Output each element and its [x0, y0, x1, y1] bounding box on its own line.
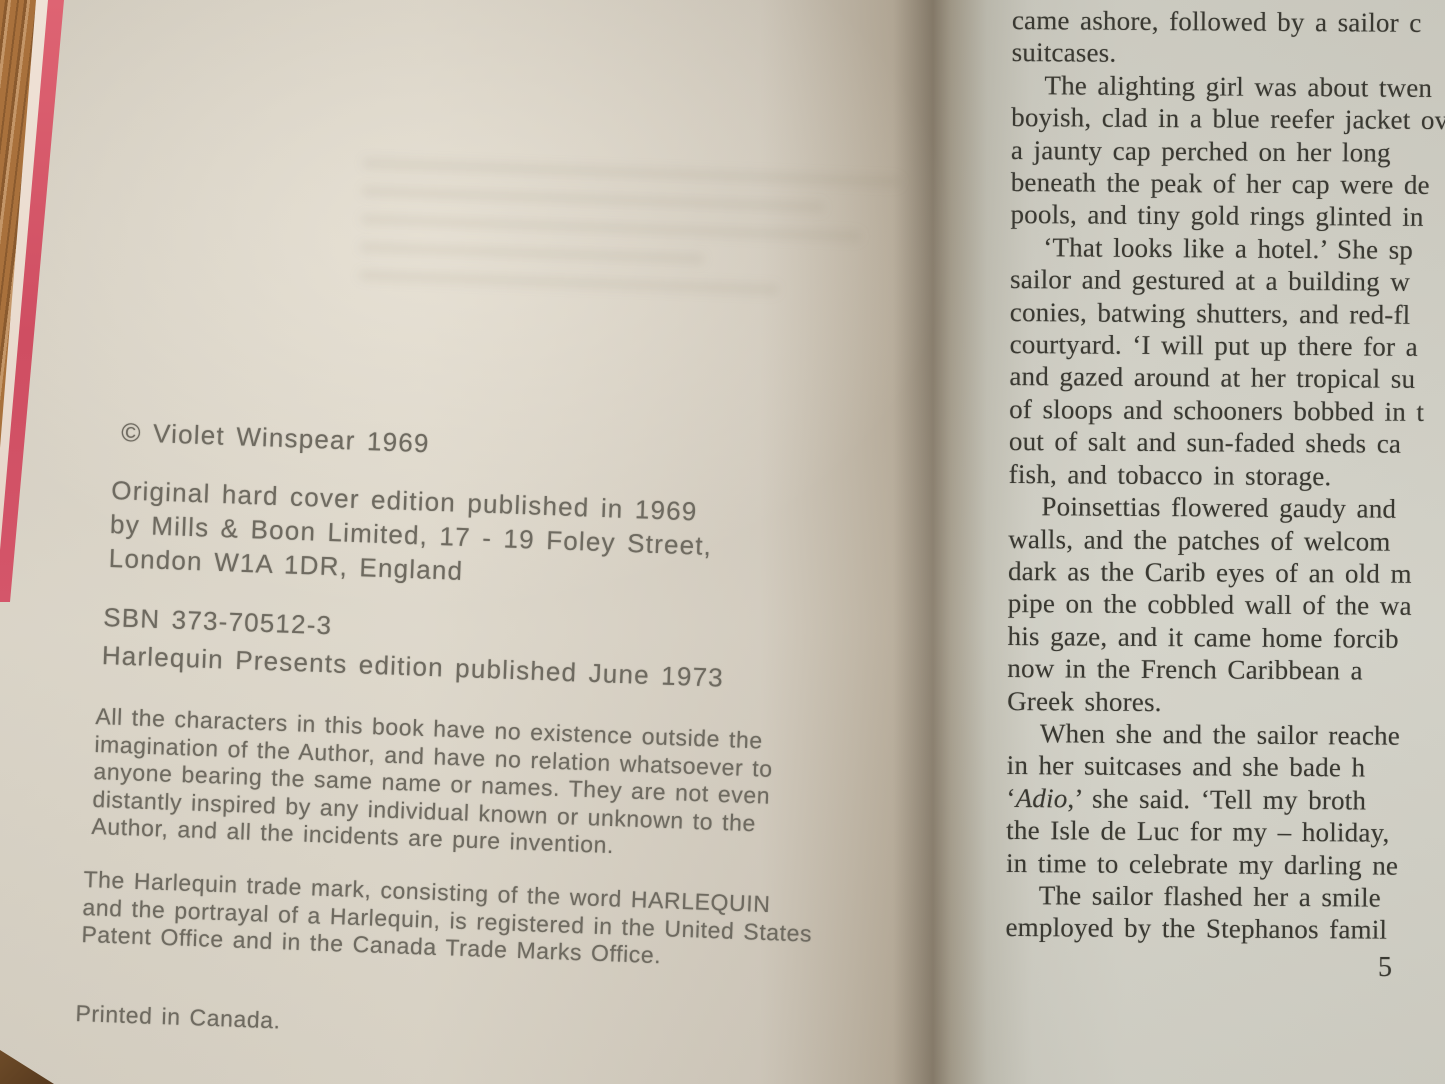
text-line: The sailor flashed her a smile [1006, 879, 1443, 914]
text-line: the Isle de Luc for my – holiday, [1006, 814, 1443, 849]
text-line: in time to celebrate my darling ne [1006, 847, 1443, 882]
copyright-line: © Violet Winspear 1969 [121, 415, 430, 460]
text-line: beneath the peak of her cap were de [1011, 166, 1445, 201]
text-line: fish, and tobacco in storage. [1009, 458, 1445, 493]
page-number: 5 [1378, 952, 1392, 984]
text-line: Greek shores. [1007, 685, 1444, 720]
text-line: in her suitcases and she bade h [1007, 749, 1444, 784]
bleed-through-shadow [357, 141, 902, 317]
text-line: Poinsettias flowered gaudy and [1008, 490, 1445, 525]
text-fragment: ,’ she said. ‘Tell my broth [1067, 783, 1366, 815]
text-line: now in the French Caribbean a [1007, 652, 1444, 687]
text-line: employed by the Stephanos famil [1005, 911, 1442, 946]
text-line: of sloops and schooners bobbed in t [1009, 393, 1445, 428]
text-line: sailor and gestured at a building w [1010, 263, 1445, 298]
text-line: courtyard. ‘I will put up there for a [1010, 328, 1445, 363]
quote-mark: ‘ [1006, 783, 1015, 813]
edition-block: Original hard cover edition published in… [108, 473, 714, 597]
isbn-block: SBN 373-70512-3 Harlequin Presents editi… [101, 598, 726, 697]
text-line: came ashore, followed by a sailor c [1012, 4, 1445, 39]
text-line: pipe on the cobbled wall of the wa [1008, 587, 1445, 622]
table-corner-shadow [0, 1048, 62, 1084]
story-page-text: came ashore, followed by a sailor c suit… [1005, 4, 1445, 947]
trademark-block: The Harlequin trade mark, consisting of … [81, 866, 814, 975]
text-line: suitcases. [1012, 36, 1445, 71]
text-line: ‘That looks like a hotel.’ She sp [1010, 231, 1445, 266]
text-line: pools, and tiny gold rings glinted in [1010, 198, 1445, 233]
text-line: boyish, clad in a blue reefer jacket ov [1011, 101, 1445, 136]
text-line: Printed in Canada. [75, 1000, 281, 1035]
text-line-adio: ‘Adio,’ she said. ‘Tell my broth [1006, 782, 1443, 817]
text-line: The alighting girl was about twen [1011, 69, 1445, 104]
text-line: his gaze, and it came home forcib [1007, 620, 1444, 655]
text-line: and gazed around at her tropical su [1009, 360, 1445, 395]
disclaimer-block: All the characters in this book have no … [91, 703, 774, 865]
text-line: out of salt and sun-faded sheds ca [1009, 425, 1445, 460]
text-line: conies, batwing shutters, and red-fl [1010, 296, 1445, 331]
open-book-photo: © Violet Winspear 1969 Original hard cov… [0, 0, 1445, 1084]
text-line: When she and the sailor reache [1007, 717, 1444, 752]
text-line: walls, and the patches of welcom [1008, 522, 1445, 557]
italic-word-adio: Adio [1016, 783, 1068, 813]
text-line: a jaunty cap perched on her long [1011, 134, 1445, 169]
text-line: dark as the Carib eyes of an old m [1008, 555, 1445, 590]
printed-in-line: Printed in Canada. [75, 1000, 281, 1035]
copyright-text: © Violet Winspear 1969 [121, 415, 430, 460]
